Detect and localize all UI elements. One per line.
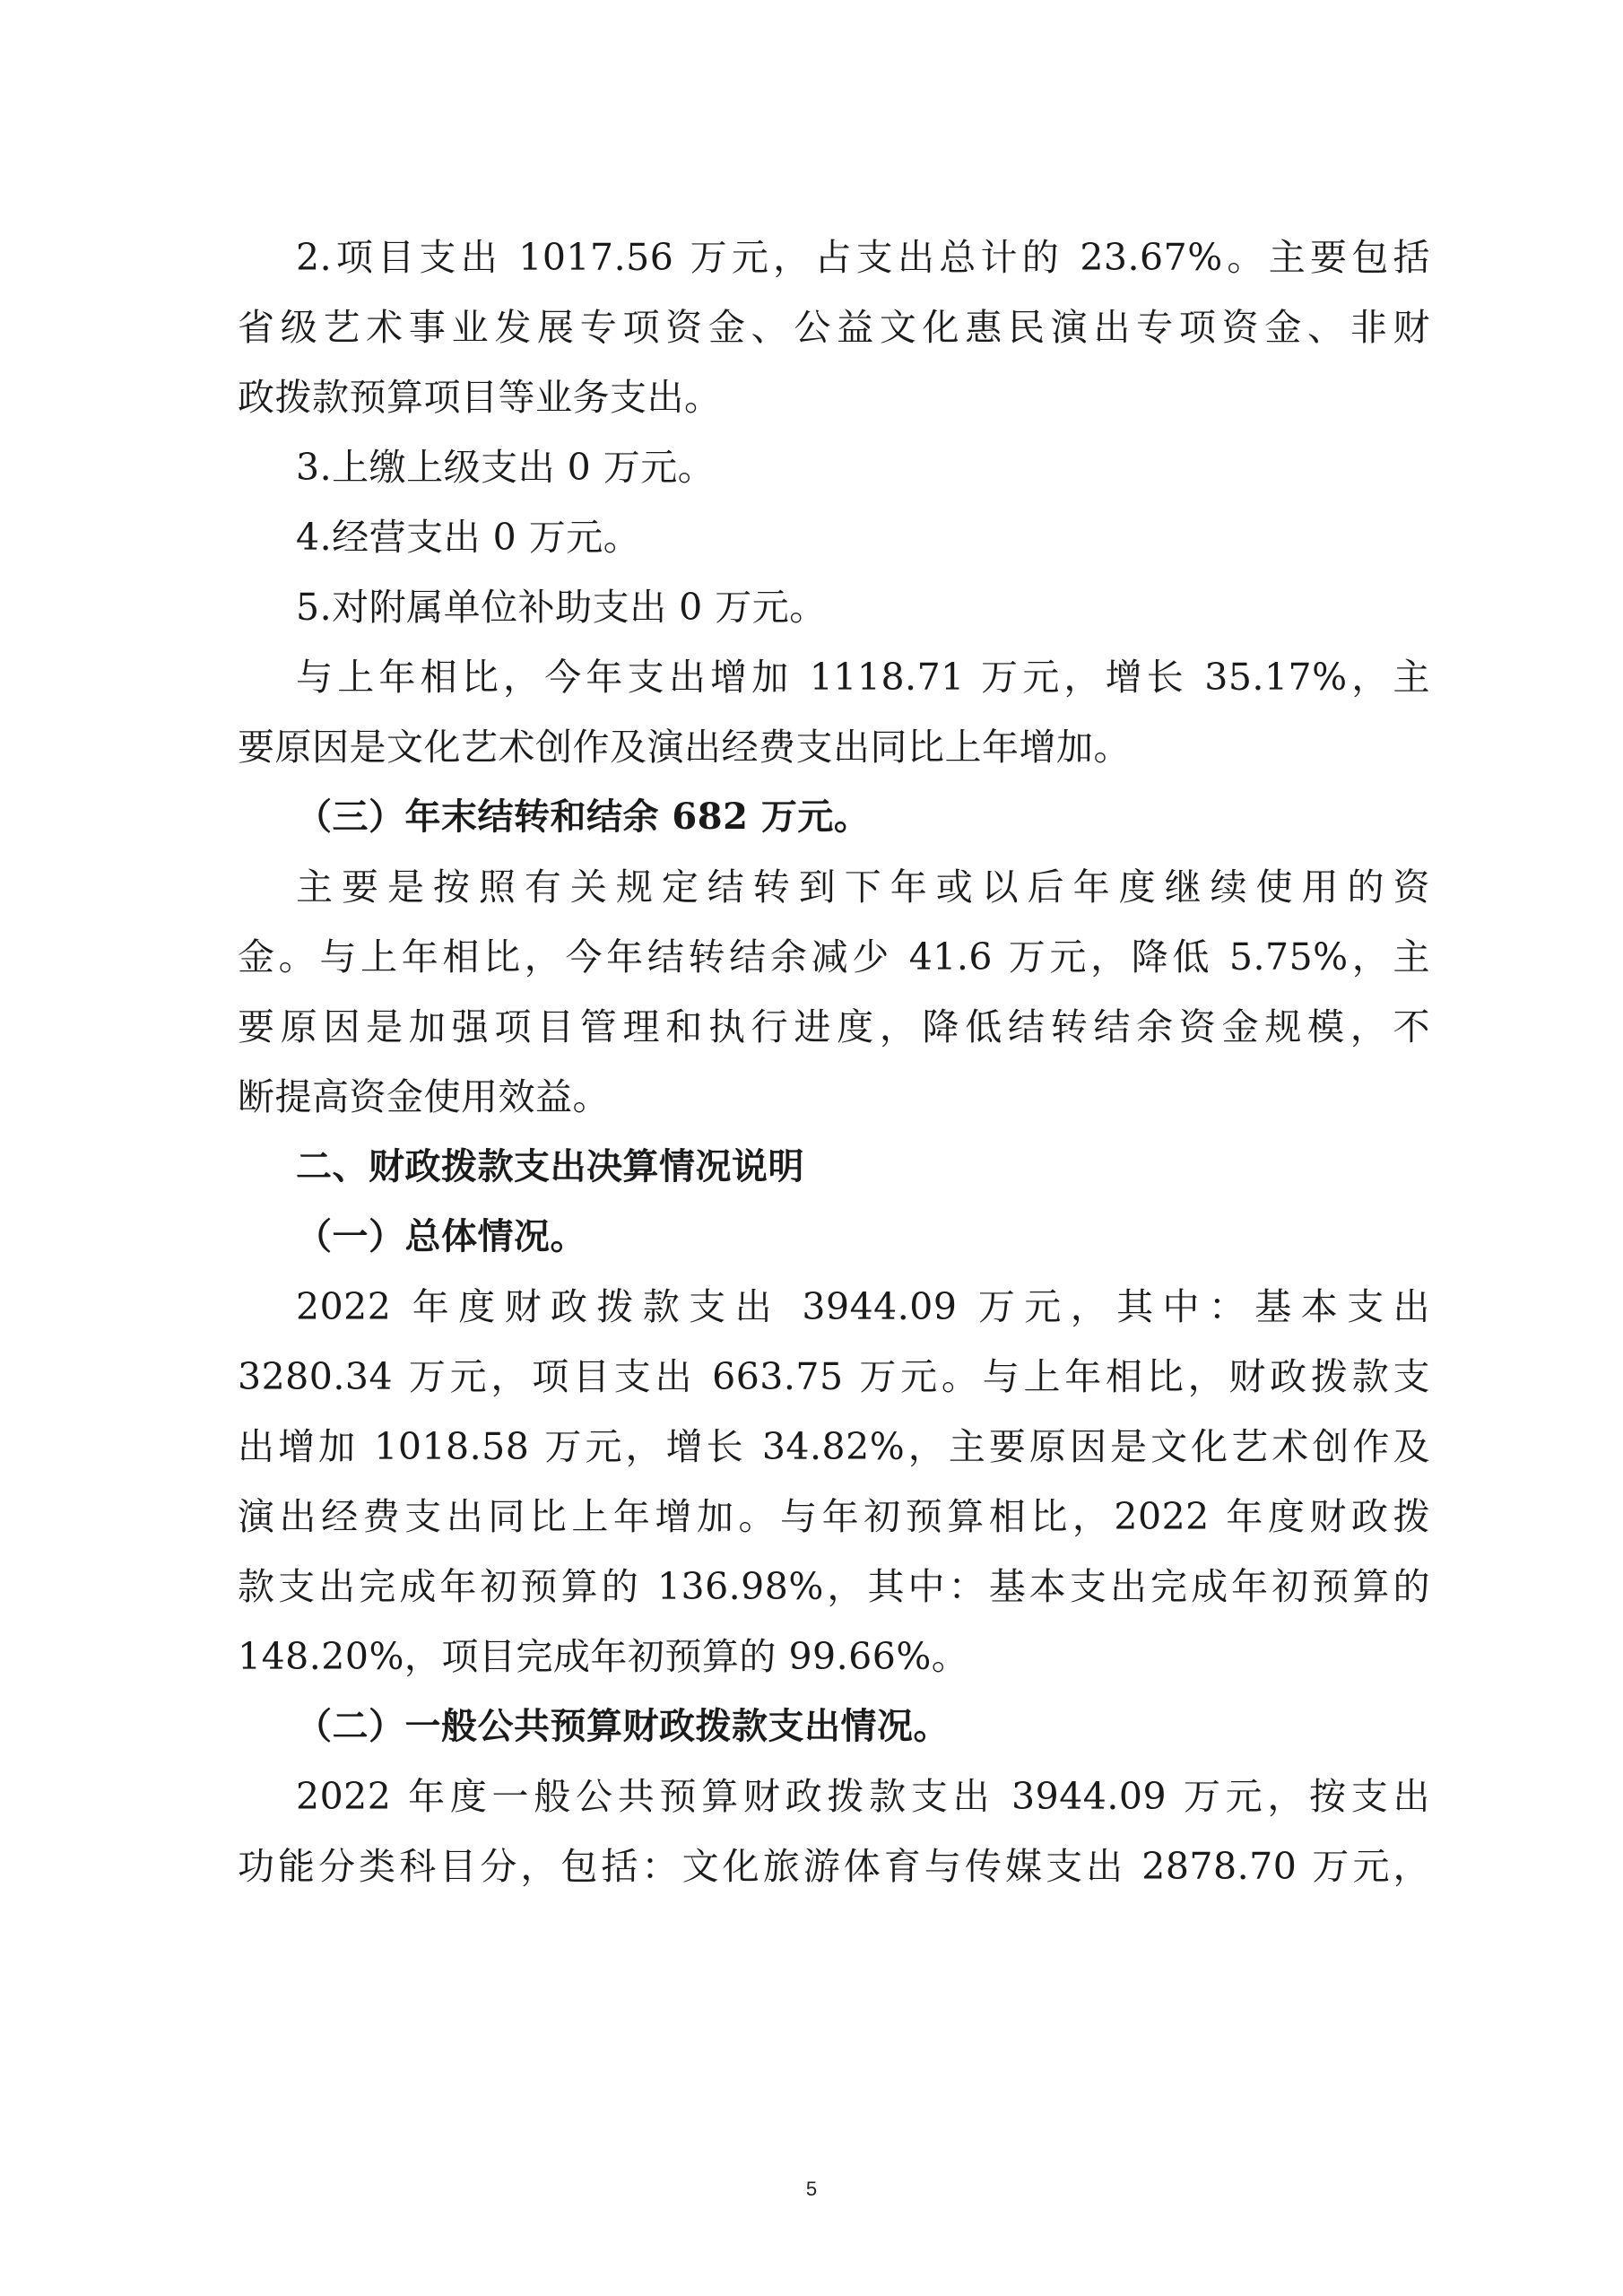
paragraph-line: 要原因是加强项目管理和执行进度，降低结转结余资金规模，不	[238, 1000, 1430, 1054]
paragraph-line: 演出经费支出同比上年增加。与年初预算相比，2022 年度财政拨	[238, 1490, 1430, 1544]
paragraph-line: 5.对附属单位补助支出 0 万元。	[296, 580, 827, 634]
section-heading: 二、财政拨款支出决算情况说明	[296, 1140, 804, 1194]
paragraph-line: 金。与上年相比，今年结转结余减少 41.6 万元，降低 5.75%，主	[238, 930, 1430, 984]
paragraph-line: 148.20%，项目完成年初预算的 99.66%。	[238, 1630, 968, 1683]
paragraph-line: 2022 年度一般公共预算财政拨款支出 3944.09 万元，按支出	[296, 1770, 1430, 1823]
paragraph-line: 要原因是文化艺术创作及演出经费支出同比上年增加。	[238, 720, 1131, 774]
section-heading: （一）总体情况。	[296, 1210, 586, 1264]
paragraph-line: 断提高资金使用效益。	[238, 1070, 610, 1124]
paragraph-line: 3.上缴上级支出 0 万元。	[296, 440, 715, 494]
paragraph-line: 3280.34 万元，项目支出 663.75 万元。与上年相比，财政拨款支	[238, 1350, 1430, 1404]
paragraph-line: 功能分类科目分，包括：文化旅游体育与传媒支出 2878.70 万元，	[238, 1839, 1430, 1893]
section-heading: （二）一般公共预算财政拨款支出情况。	[296, 1700, 950, 1753]
paragraph-line: 出增加 1018.58 万元，增长 34.82%，主要原因是文化艺术创作及	[238, 1420, 1430, 1474]
paragraph-line: 省级艺术事业发展专项资金、公益文化惠民演出专项资金、非财	[238, 300, 1430, 354]
paragraph-line: 2.项目支出 1017.56 万元，占支出总计的 23.67%。主要包括	[296, 230, 1430, 284]
paragraph-line: 与上年相比，今年支出增加 1118.71 万元，增长 35.17%，主	[296, 650, 1430, 704]
paragraph-line: 款支出完成年初预算的 136.98%，其中：基本支出完成年初预算的	[238, 1560, 1430, 1613]
paragraph-line: 4.经营支出 0 万元。	[296, 510, 640, 564]
paragraph-line: 2022 年度财政拨款支出 3944.09 万元，其中：基本支出	[296, 1280, 1430, 1334]
paragraph-line: 政拨款预算项目等业务支出。	[238, 370, 722, 424]
page-number: 5	[0, 2178, 1623, 2201]
paragraph-line: 主要是按照有关规定结转到下年或以后年度继续使用的资	[296, 860, 1430, 914]
section-heading: （三）年末结转和结余 682 万元。	[296, 790, 870, 844]
